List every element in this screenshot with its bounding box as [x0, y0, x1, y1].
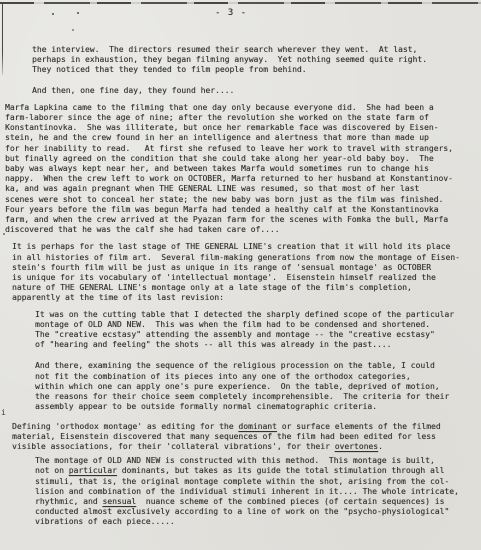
text-line: not fit the combination of its pieces in… [35, 372, 477, 382]
text-line: It was on the cutting table that I detec… [35, 310, 477, 320]
text-line: visible associations, for their 'collate… [12, 442, 477, 452]
text-line: stein's fourth film will be just as uniq… [12, 263, 477, 273]
paragraph: It is perhaps for the last stage of THE … [12, 242, 477, 303]
text-line: They noticed that they tended to film pe… [32, 65, 477, 75]
paragraph: Defining 'orthodox montage' as editing f… [12, 422, 477, 453]
underlined-term: particular [69, 466, 117, 475]
paragraph: It was on the cutting table that I detec… [35, 310, 477, 351]
text-line: is unique for its vocabulary of 'intelle… [12, 273, 477, 283]
text-line: montage of OLD AND NEW. This was when th… [35, 320, 477, 330]
text-line: Konstantinovka. She was illiterate, but … [5, 123, 477, 133]
text-line: not on particular dominants, but takes a… [35, 466, 477, 476]
text-line: nappy. When the crew left to work on OCT… [5, 174, 477, 184]
text-line: scenes were shot to conceal her state; t… [5, 195, 477, 205]
paragraph: The montage of OLD AND NEW is constructe… [35, 456, 477, 527]
text-line: material, Eisenstein discovered that man… [12, 432, 477, 442]
page-number: - 3 - [0, 8, 462, 18]
text-line: The "creative ecstasy" attending the ass… [35, 330, 477, 340]
text-line: And then, one fine day, they found her..… [32, 86, 477, 96]
scan-edge-top-line [0, 2, 481, 4]
text-line: the interview. The directors resumed the… [32, 45, 477, 55]
text-line: farm-laborer since the age of nine; afte… [5, 113, 477, 123]
paragraph: And then, one fine day, they found her..… [32, 86, 477, 96]
text-line: but finally agreed on the condition that… [5, 154, 477, 164]
scan-speck [72, 29, 74, 31]
scanned-typescript-page: i - 3 - the interview. The directors res… [0, 0, 481, 550]
text-line: in all histories of film art. Several fi… [12, 253, 477, 263]
text-line: of "hearing and feeling" the shots -- al… [35, 340, 477, 350]
text-line: baby was always kept near her, and betwe… [5, 164, 477, 174]
text-line: farm, and when the crew arrived at the P… [5, 215, 477, 225]
text-line: rhythmic, and sensual nuance scheme of t… [35, 497, 477, 507]
underlined-term: dominant [238, 422, 277, 431]
text-line: perhaps in exhaustion, they began filmin… [32, 55, 477, 65]
text-line: It is perhaps for the last stage of THE … [12, 242, 477, 252]
text-line: assembly appear to be outside formally n… [35, 402, 477, 412]
text-line: conducted almost exclusively according t… [35, 507, 477, 517]
paragraph: the interview. The directors resumed the… [32, 45, 477, 76]
text-line: vibrations of each piece..... [35, 517, 477, 527]
text-line: Marfa Lapkina came to the filming that o… [5, 103, 477, 113]
paragraph: Marfa Lapkina came to the filming that o… [5, 103, 477, 236]
text-line: stimuli, that is, the original montage c… [35, 477, 477, 487]
text-line: apparently at the time of its last revis… [12, 293, 477, 303]
text-line: for her inability to read. At first she … [5, 144, 477, 154]
text-line: nature of THE GENERAL LINE's montage onl… [12, 283, 477, 293]
text-line: ka, and was again pregnant when THE GENE… [5, 184, 477, 194]
text-line: within which one can apply one's pure ex… [35, 382, 477, 392]
underlined-term: overtones [335, 442, 378, 451]
text-line: discovered that he was the calf she had … [5, 225, 477, 235]
underlined-term: sensual [102, 497, 136, 506]
text-line: the reasons for their choice seem comple… [35, 392, 477, 402]
text-line: And there, examining the sequence of the… [35, 361, 477, 371]
text-line: Four years before the film was begun Mar… [5, 205, 477, 215]
text-line: stein, he and the crew found in her an i… [5, 133, 477, 143]
text-line: Defining 'orthodox montage' as editing f… [12, 422, 477, 432]
text-line: lision and combination of the individual… [35, 487, 477, 497]
paragraph: And there, examining the sequence of the… [35, 361, 477, 412]
document-text-block: the interview. The directors resumed the… [5, 45, 477, 528]
text-line: The montage of OLD AND NEW is constructe… [35, 456, 477, 466]
